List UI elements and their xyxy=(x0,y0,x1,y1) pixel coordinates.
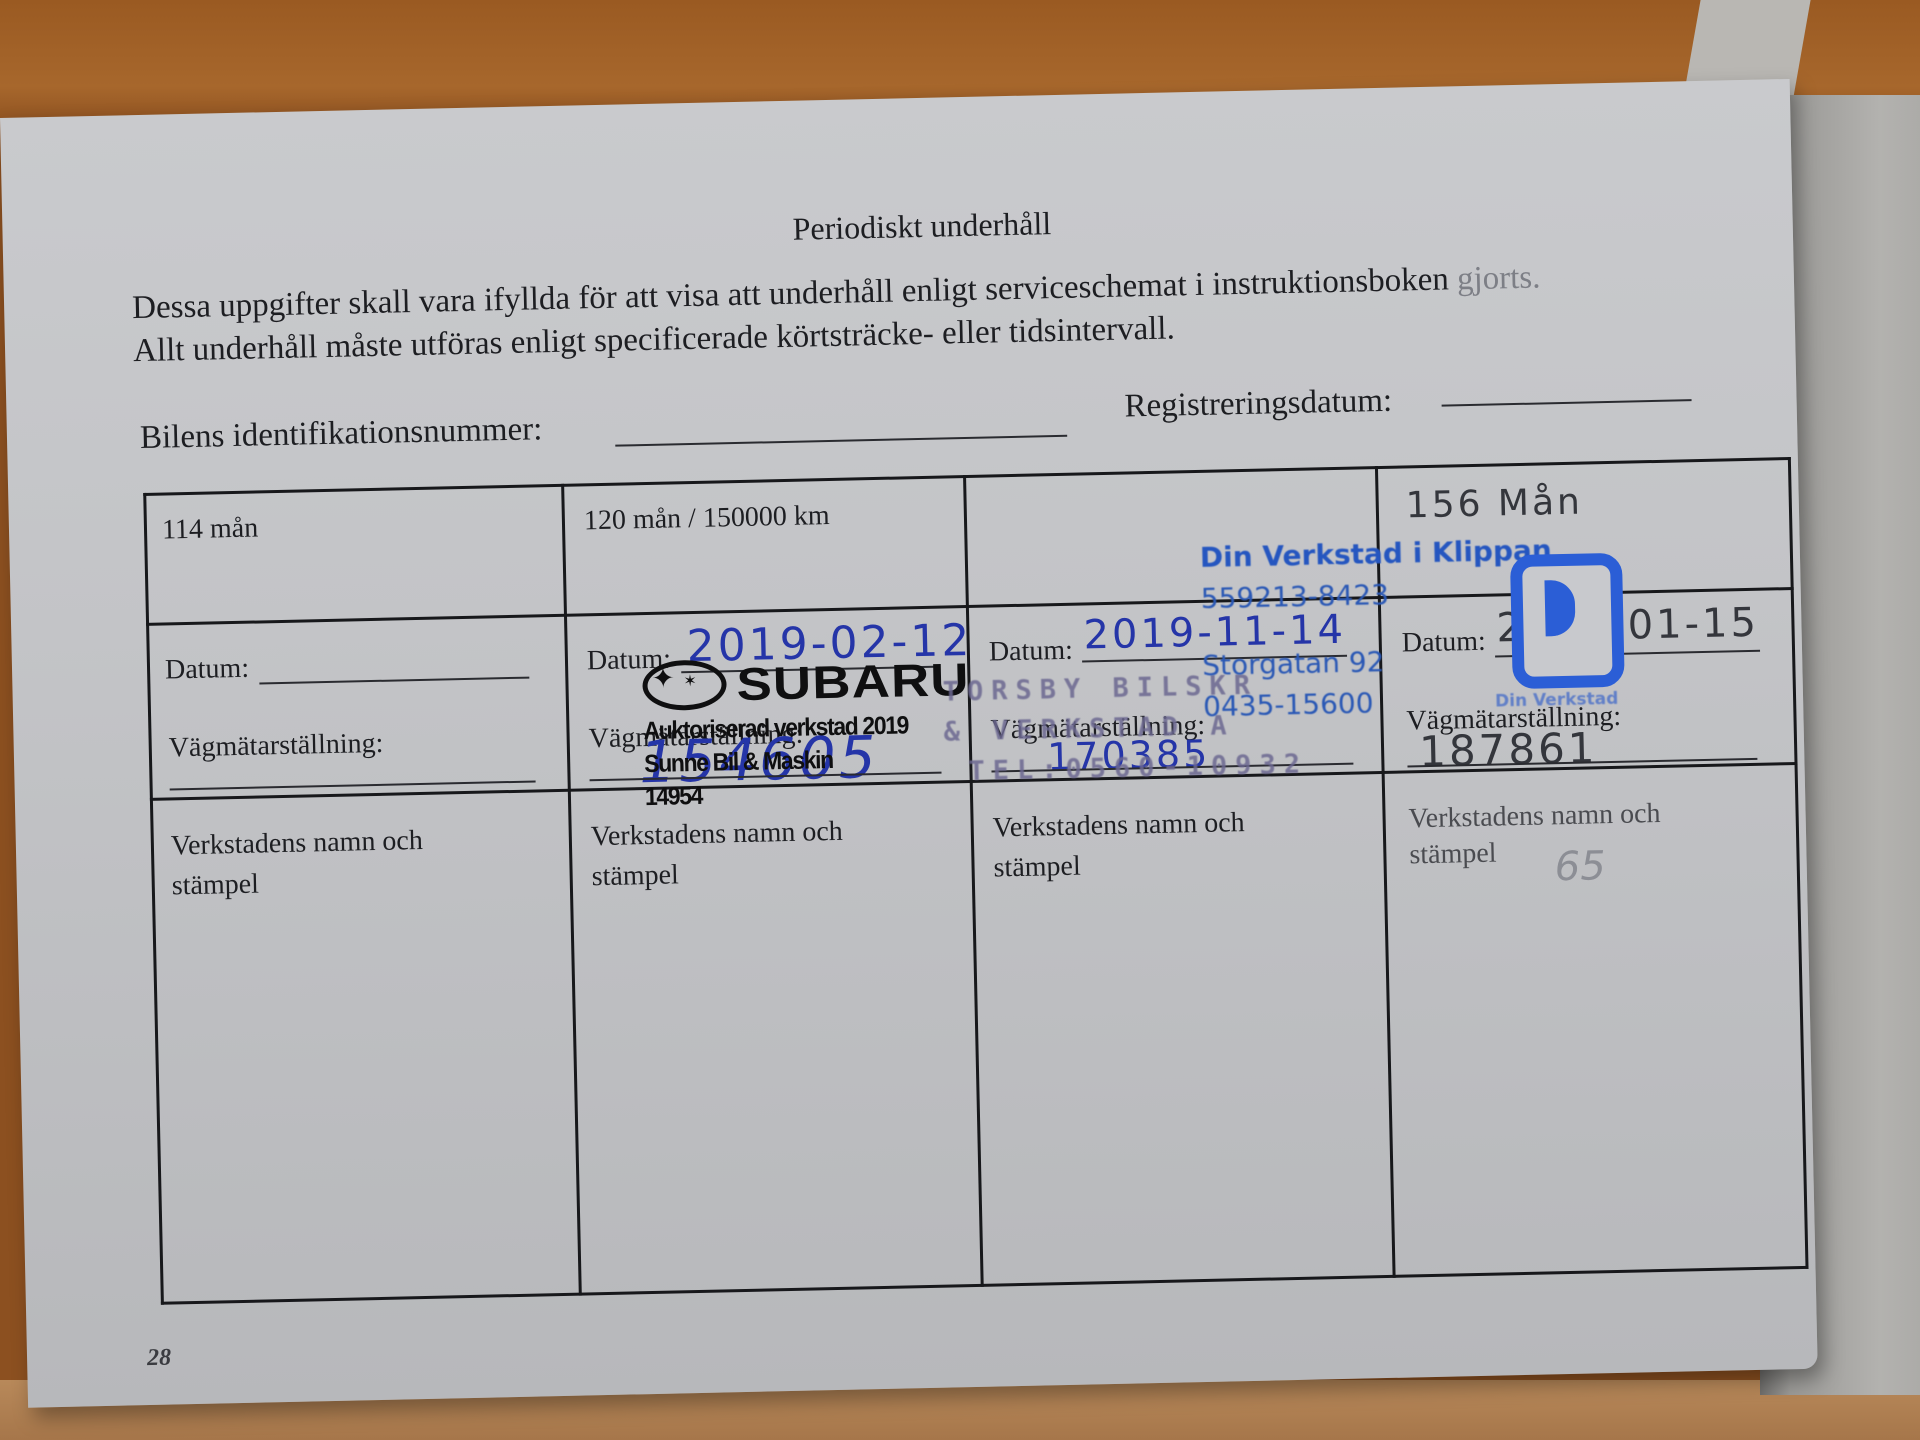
workshop-label-col-2: Verkstadens namn och xyxy=(590,816,843,853)
table-border-left xyxy=(143,493,164,1305)
intro-text-end: gjorts. xyxy=(1448,259,1540,297)
table-col-divider-1 xyxy=(561,484,582,1296)
table-border-bottom xyxy=(161,1266,1809,1305)
service-book-page: Periodiskt underhåll Dessa uppgifter ska… xyxy=(0,79,1818,1408)
date-label-col-1: Datum: xyxy=(165,653,250,687)
date-label-col-3: Datum: xyxy=(989,635,1074,669)
workshop-label-col-2-line2: stämpel xyxy=(591,859,679,893)
interval-col-1: 114 mån xyxy=(162,512,259,546)
handwritten-odometer-col-4: 187861 xyxy=(1419,723,1598,776)
subaru-stamp-line-3: 14954 xyxy=(645,777,919,812)
workshop-label-col-1-line2: stämpel xyxy=(171,869,259,903)
interval-col-2: 120 mån / 150000 km xyxy=(584,500,830,537)
subaru-stars-icon xyxy=(642,659,727,711)
subaru-stamp-line-2: Sunne Bil & Maskin xyxy=(644,744,918,779)
torsby-stamp-line-3: TEL:0560-10932 xyxy=(944,745,1308,793)
registration-date-field[interactable] xyxy=(1442,399,1692,406)
pencil-note: 65 xyxy=(1554,843,1606,890)
workshop-label-col-3-line2: stämpel xyxy=(993,851,1081,885)
workshop-label-col-4: Verkstadens namn och xyxy=(1408,798,1661,835)
subaru-brand: SUBARU xyxy=(736,652,970,711)
intro-text-main: Dessa uppgifter skall vara ifyllda för a… xyxy=(132,261,1449,326)
handwritten-interval-col-4: 156 Mån xyxy=(1405,482,1583,527)
workshop-label-col-3: Verkstadens namn och xyxy=(992,807,1245,844)
vin-field[interactable] xyxy=(615,435,1067,447)
workshop-label-col-4-line2: stämpel xyxy=(1409,838,1497,872)
odometer-label-col-1: Vägmätarställning: xyxy=(168,728,383,765)
vin-label: Bilens identifikationsnummer: xyxy=(140,411,543,457)
din-verkstad-logo-icon xyxy=(1510,553,1625,689)
subaru-logo: SUBARU xyxy=(642,653,940,713)
table-col-divider-2 xyxy=(963,475,984,1287)
din-verkstad-name: Din Verkstad i Klippan xyxy=(1199,529,1552,578)
odometer-field-col-1[interactable] xyxy=(170,780,536,790)
page-title: Periodiskt underhåll xyxy=(792,205,1051,248)
registration-date-label: Registreringsdatum: xyxy=(1124,383,1392,426)
workshop-label-col-1: Verkstadens namn och xyxy=(171,825,424,862)
subaru-workshop-stamp: SUBARU Auktoriserad verkstad 2019 Sunne … xyxy=(642,653,942,812)
page-number: 28 xyxy=(147,1345,172,1373)
subaru-stamp-line-1: Auktoriserad verkstad 2019 xyxy=(643,711,917,746)
din-verkstad-logo-caption: Din Verkstad xyxy=(1495,689,1619,712)
date-field-col-1[interactable] xyxy=(259,677,529,685)
